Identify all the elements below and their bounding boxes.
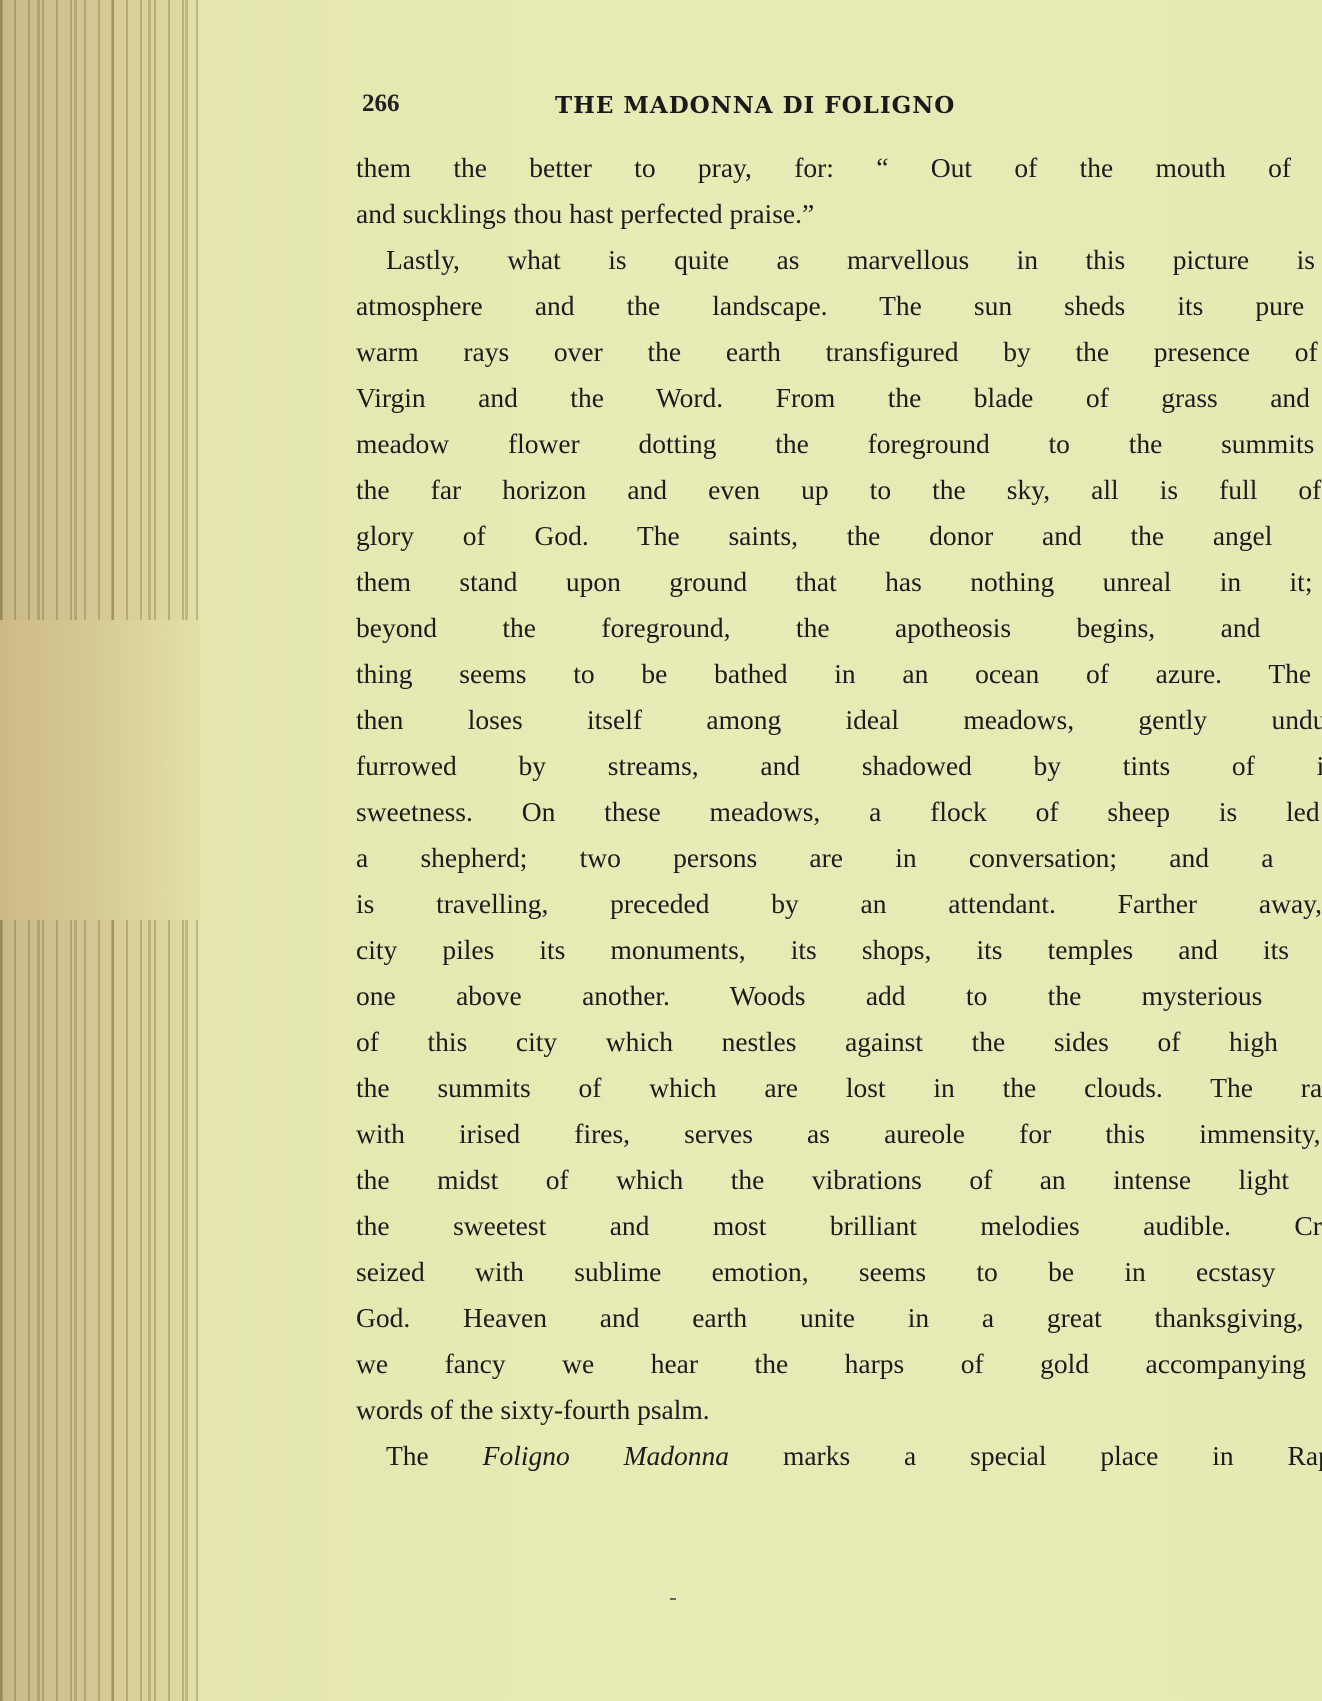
text-line: the midst of which the vibrations of an … xyxy=(356,1157,1322,1203)
book-page-edges-shadow xyxy=(0,620,200,920)
text-line: the far horizon and even up to the sky, … xyxy=(356,467,1322,513)
paragraph-1: them the better to pray, for: “ Out of t… xyxy=(356,145,1322,237)
text-line: warm rays over the earth transfigured by… xyxy=(356,329,1322,375)
italic-title: Foligno Madonna xyxy=(483,1440,729,1471)
text-line: God. Heaven and earth unite in a great t… xyxy=(356,1295,1322,1341)
page-number: 266 xyxy=(362,90,400,118)
text-line: the summits of which are lost in the clo… xyxy=(356,1065,1322,1111)
text-line: we fancy we hear the harps of gold accom… xyxy=(356,1341,1322,1387)
text-line: Virgin and the Word. From the blade of g… xyxy=(356,375,1322,421)
text-line: a shepherd; two persons are in conversat… xyxy=(356,835,1322,881)
text-line: of this city which nestles against the s… xyxy=(356,1019,1322,1065)
text-line: sweetness. On these meadows, a flock of … xyxy=(356,789,1322,835)
text-run: marks a special place in Raphael’s xyxy=(729,1440,1322,1471)
paragraph-2: Lastly, what is quite as marvellous in t… xyxy=(356,237,1322,1433)
text-line: then loses itself among ideal meadows, g… xyxy=(356,697,1322,743)
text-line: city piles its monuments, its shops, its… xyxy=(356,927,1322,973)
paragraph-3: The Foligno Madonna marks a special plac… xyxy=(356,1433,1322,1479)
text-line: meadow flower dotting the foreground to … xyxy=(356,421,1322,467)
text-line: words of the sixty-fourth psalm. xyxy=(356,1387,1322,1433)
text-line: one above another. Woods add to the myst… xyxy=(356,973,1322,1019)
text-line: and sucklings thou hast perfected praise… xyxy=(356,191,1322,237)
text-line: The Foligno Madonna marks a special plac… xyxy=(356,1433,1322,1479)
text-line: is travelling, preceded by an attendant.… xyxy=(356,881,1322,927)
running-head-title: THE MADONNA DI FOLIGNO xyxy=(555,92,955,119)
text-line: them the better to pray, for: “ Out of t… xyxy=(356,145,1322,191)
book-page: 266 THE MADONNA DI FOLIGNO them the bett… xyxy=(200,0,1322,1701)
text-line: glory of God. The saints, the donor and … xyxy=(356,513,1322,559)
text-line: Lastly, what is quite as marvellous in t… xyxy=(356,237,1322,283)
text-line: the sweetest and most brilliant melodies… xyxy=(356,1203,1322,1249)
running-head: 266 THE MADONNA DI FOLIGNO xyxy=(200,90,1322,130)
body-text: them the better to pray, for: “ Out of t… xyxy=(356,145,1322,1479)
text-line: atmosphere and the landscape. The sun sh… xyxy=(356,283,1322,329)
text-line: them stand upon ground that has nothing … xyxy=(356,559,1322,605)
text-run: The xyxy=(386,1440,483,1471)
text-line: with irised fires, serves as aureole for… xyxy=(356,1111,1322,1157)
text-line: thing seems to be bathed in an ocean of … xyxy=(356,651,1322,697)
text-line: beyond the foreground, the apotheosis be… xyxy=(356,605,1322,651)
text-line: seized with sublime emotion, seems to be… xyxy=(356,1249,1322,1295)
text-line: furrowed by streams, and shadowed by tin… xyxy=(356,743,1322,789)
print-mark xyxy=(670,1598,676,1600)
